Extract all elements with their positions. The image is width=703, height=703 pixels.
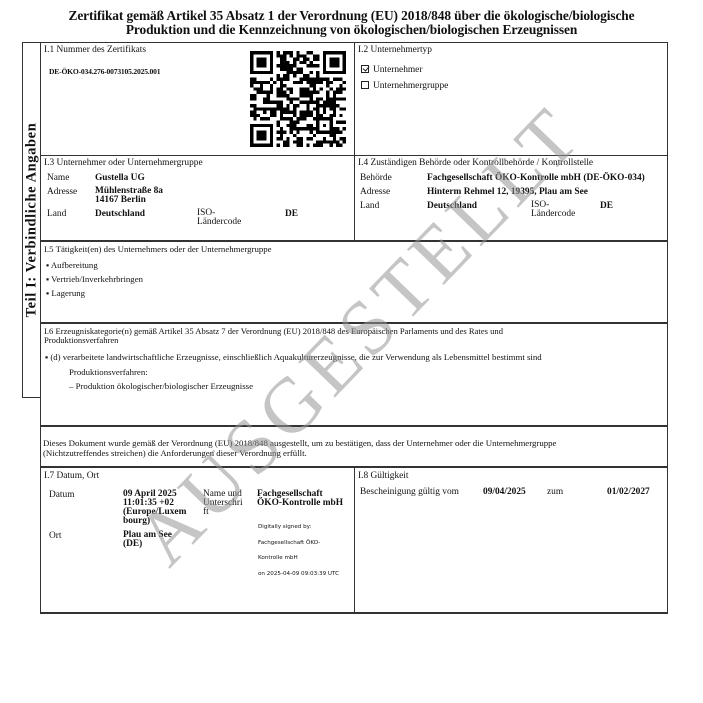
signature-line: Kontrolle mbH <box>258 555 298 561</box>
i1-heading: I.1 Nummer des Zertifikats <box>44 45 146 56</box>
signature-label: Name undUnterschrift <box>203 490 243 517</box>
place-label: Ort <box>49 531 62 542</box>
section-i2: I.2 Unternehmertyp Unternehmer Unternehm… <box>354 42 668 156</box>
country-label: Land <box>47 209 66 220</box>
i6-heading: I.6 Erzeugniskategorie(n) gemäß Artikel … <box>44 327 503 345</box>
option-unternehmergruppe[interactable]: Unternehmergruppe <box>361 81 448 92</box>
process-label: Produktionsverfahren: <box>69 367 148 378</box>
certificate-title: Zertifikat gemäß Artikel 35 Absatz 1 der… <box>0 9 703 37</box>
date-label: Datum <box>49 490 75 501</box>
place-value: Plau am See(DE) <box>123 531 172 549</box>
authority-address: Hinterm Rehmel 12, 19395, Plau am See <box>427 187 588 198</box>
text-line: ÖKO-Kontrolle mbH <box>257 499 343 508</box>
checkbox-unchecked-icon[interactable] <box>361 81 369 89</box>
section-i6: I.6 Erzeugniskategorie(n) gemäß Artikel … <box>40 322 668 426</box>
authority-iso-label: ISO- Ländercode <box>531 201 575 219</box>
process-value: – Produktion ökologischer/biologischer E… <box>69 381 253 392</box>
title-line-2: Produktion und die Kennzeichnung von öko… <box>0 23 703 37</box>
i7-heading: I.7 Datum, Ort <box>44 471 99 482</box>
authority-country-label: Land <box>360 201 379 212</box>
signature-line: Digitally signed by: <box>258 524 311 530</box>
checkbox-checked-icon[interactable] <box>361 65 369 73</box>
side-label: Teil I: Verbindliche Angaben <box>23 123 40 318</box>
authority-country: Deutschland <box>427 201 477 212</box>
section-i3: I.3 Unternehmer oder Unternehmergruppe N… <box>40 155 355 241</box>
activity-item: ▪ Vertrieb/Inverkehrbringen <box>46 274 143 285</box>
authority-label: Behörde <box>360 173 392 184</box>
statement-line-2: (Nichtzutreffendes streichen) die Anford… <box>43 449 556 459</box>
to-label: zum <box>547 487 563 498</box>
certificate-number: DE-ÖKO-034.276-0073105.2025.001 <box>49 66 160 77</box>
i5-heading: I.5 Tätigkeit(en) des Unternehmers oder … <box>44 244 272 255</box>
qr-code-icon <box>250 51 346 147</box>
side-label-box: Teil I: Verbindliche Angaben <box>22 42 40 398</box>
section-i8: I.8 Gültigkeit Bescheinigung gültig vom … <box>354 466 668 614</box>
iso-label-2: Ländercode <box>531 210 575 219</box>
name-label: Name <box>47 173 69 184</box>
i6-heading-line-2: Produktionsverfahren <box>44 336 503 345</box>
option-label: Unternehmer <box>373 65 422 75</box>
title-line-1: Zertifikat gemäß Artikel 35 Absatz 1 der… <box>0 9 703 23</box>
activity-item: ▪ Aufbereitung <box>46 260 98 271</box>
date-value: 09 April 202511:01:35 +02(Europe/Luxembo… <box>123 490 186 526</box>
operator-address: Mühlenstraße 8a 14167 Berlin <box>95 187 163 205</box>
signer-name: FachgesellschaftÖKO-Kontrolle mbH <box>257 490 343 508</box>
statement-text: Dieses Dokument wurde gemäß der Verordnu… <box>43 439 556 458</box>
section-i5: I.5 Tätigkeit(en) des Unternehmers oder … <box>40 240 668 323</box>
statement-section: Dieses Dokument wurde gemäß der Verordnu… <box>40 425 668 467</box>
valid-to: 01/02/2027 <box>607 487 650 498</box>
iso-label-2: Ländercode <box>197 218 241 227</box>
activity-item: ▪ Lagerung <box>46 288 85 299</box>
operator-country: Deutschland <box>95 209 145 220</box>
valid-from: 09/04/2025 <box>483 487 526 498</box>
option-label: Unternehmergruppe <box>373 81 448 91</box>
section-i7: I.7 Datum, Ort Datum 09 April 202511:01:… <box>40 466 355 614</box>
signature-line: on 2025-04-09 09:03:39 UTC <box>258 571 339 577</box>
section-i4: I.4 Zuständigen Behörde oder Kontrollbeh… <box>354 155 668 241</box>
i3-heading: I.3 Unternehmer oder Unternehmergruppe <box>44 158 203 169</box>
signature-line: Fachgesellschaft ÖKO- <box>258 540 320 546</box>
authority-iso-code: DE <box>600 201 613 212</box>
valid-label: Bescheinigung gültig vom <box>360 487 459 498</box>
text-line: (DE) <box>123 540 172 549</box>
operator-iso-code: DE <box>285 209 298 220</box>
text-line: ft <box>203 508 243 517</box>
address-line-2: 14167 Berlin <box>95 196 163 205</box>
product-category: ▪ (d) verarbeitete landwirtschaftliche E… <box>45 352 542 363</box>
section-i1: I.1 Nummer des Zertifikats DE-ÖKO-034.27… <box>40 42 355 156</box>
text-line: bourg) <box>123 517 186 526</box>
authority-value: Fachgesellschaft ÖKO-Kontrolle mbH (DE-Ö… <box>427 173 645 184</box>
i2-heading: I.2 Unternehmertyp <box>358 45 432 56</box>
authority-address-label: Adresse <box>360 187 390 198</box>
i8-heading: I.8 Gültigkeit <box>358 471 409 482</box>
i4-heading: I.4 Zuständigen Behörde oder Kontrollbeh… <box>358 158 593 169</box>
option-unternehmer[interactable]: Unternehmer <box>361 65 422 76</box>
address-label: Adresse <box>47 187 77 198</box>
operator-name: Gustella UG <box>95 173 145 184</box>
iso-label: ISO- Ländercode <box>197 209 241 227</box>
category-text: (d) verarbeitete landwirtschaftliche Erz… <box>50 352 541 362</box>
